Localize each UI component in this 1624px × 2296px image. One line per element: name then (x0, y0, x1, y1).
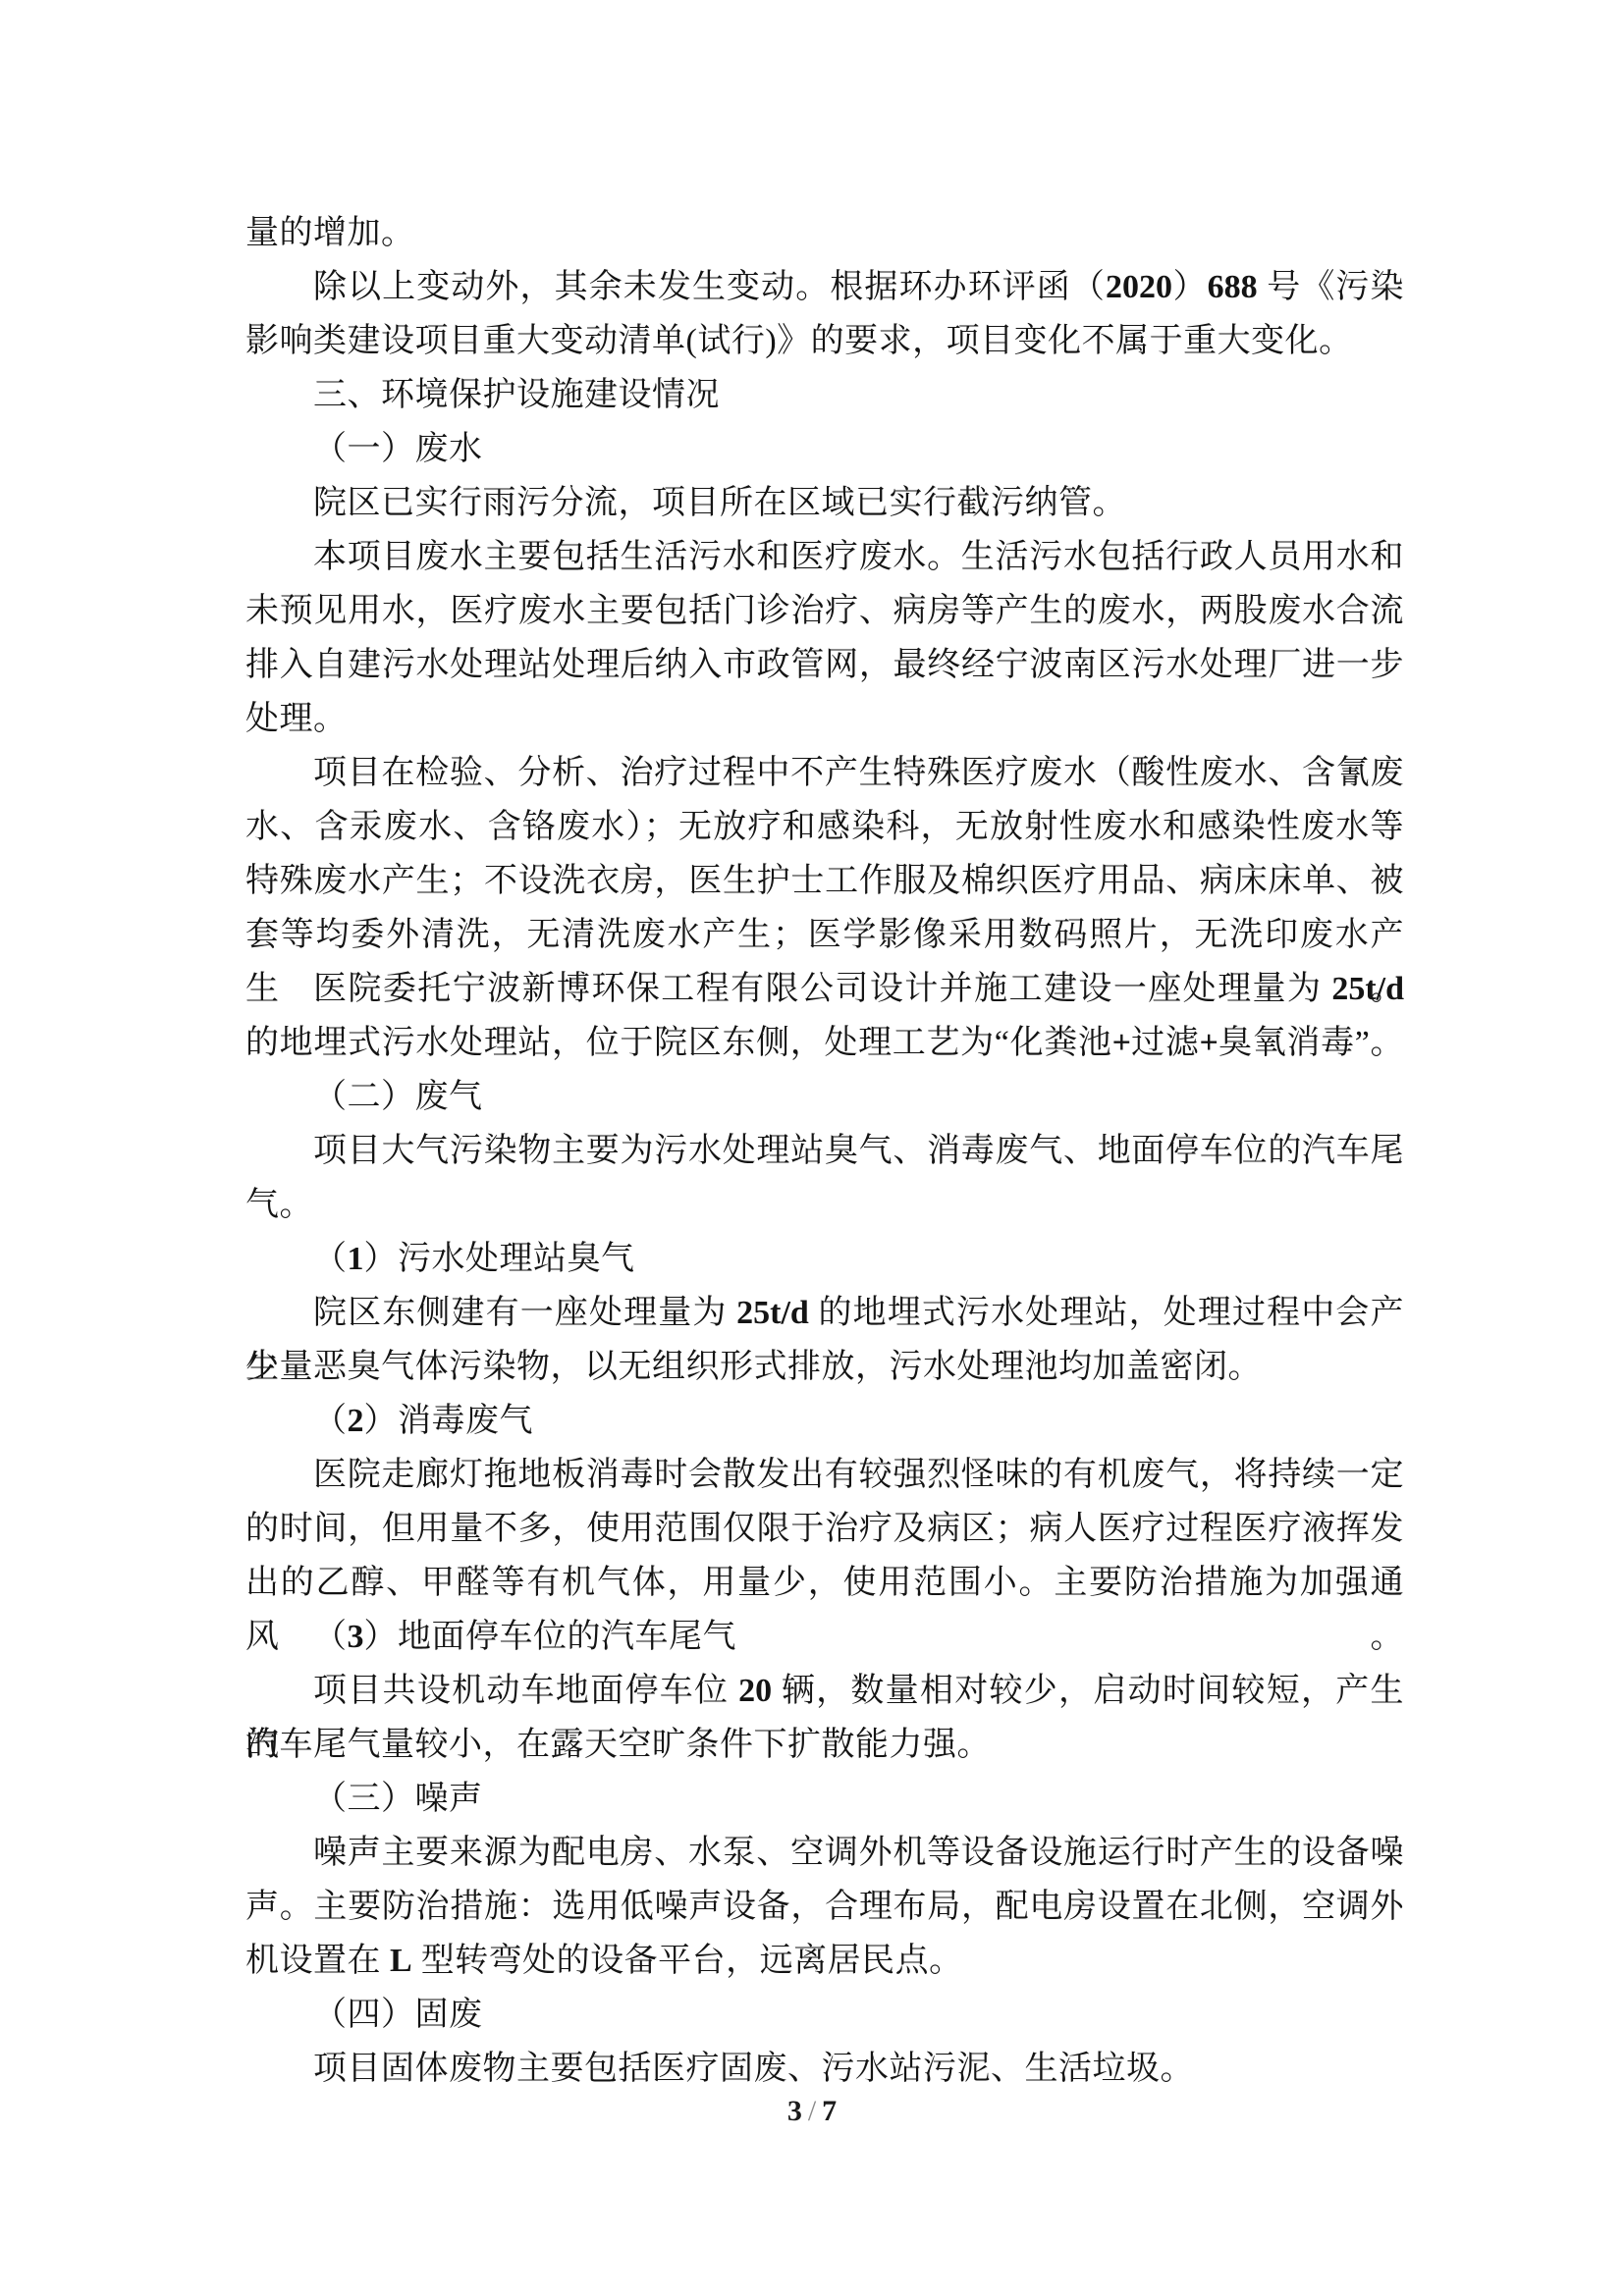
text-line: （四）固废 (245, 1988, 1404, 2042)
text-line: 出的乙醇、甲醛等有机气体，用量少，使用范围小。主要防治措施为加强通风。 (245, 1556, 1404, 1610)
page-footer: 3/7 (0, 2091, 1624, 2132)
text-line: （三）噪声 (245, 1772, 1404, 1826)
text-line: 量的增加。 (245, 206, 1404, 260)
page-number-total: 7 (822, 2095, 837, 2127)
text-line: 机设置在 L 型转弯处的设备平台，远离居民点。 (245, 1934, 1404, 1988)
text-line: 排入自建污水处理站处理后纳入市政管网，最终经宁波南区污水处理厂进一步 (245, 638, 1404, 692)
text-line: 声。主要防治措施：选用低噪声设备，合理布局，配电房设置在北侧，空调外 (245, 1880, 1404, 1934)
document-page: 量的增加。除以上变动外，其余未发生变动。根据环办环评函（2020）688 号《污… (0, 0, 1624, 2296)
text-line: 的时间，但用量不多，使用范围仅限于治疗及病区；病人医疗过程医疗液挥发 (245, 1502, 1404, 1556)
text-line: 医院委托宁波新博环保工程有限公司设计并施工建设一座处理量为 25t/d (245, 962, 1404, 1016)
document-body: 量的增加。除以上变动外，其余未发生变动。根据环办环评函（2020）688 号《污… (245, 206, 1404, 2096)
page-number-current: 3 (787, 2095, 802, 2127)
text-line: 特殊废水产生；不设洗衣房，医生护士工作服及棉织医疗用品、病床床单、被 (245, 854, 1404, 908)
text-line: （1）污水处理站臭气 (245, 1232, 1404, 1286)
text-line: 处理。 (245, 692, 1404, 746)
text-line: 少量恶臭气体污染物，以无组织形式排放，污水处理池均加盖密闭。 (245, 1340, 1404, 1394)
text-line: 项目大气污染物主要为污水处理站臭气、消毒废气、地面停车位的汽车尾 (245, 1124, 1404, 1178)
text-line: 水、含汞废水、含铬废水）；无放疗和感染科，无放射性废水和感染性废水等 (245, 800, 1404, 854)
text-line: 未预见用水，医疗废水主要包括门诊治疗、病房等产生的废水，两股废水合流 (245, 584, 1404, 638)
text-line: 除以上变动外，其余未发生变动。根据环办环评函（2020）688 号《污染 (245, 260, 1404, 314)
text-line: 医院走廊灯拖地板消毒时会散发出有较强烈怪味的有机废气，将持续一定 (245, 1448, 1404, 1502)
text-line: 项目共设机动车地面停车位 20 辆，数量相对较少，启动时间较短，产生的 (245, 1664, 1404, 1718)
text-line: 套等均委外清洗，无清洗废水产生；医学影像采用数码照片，无洗印废水产生。 (245, 908, 1404, 962)
text-line: 本项目废水主要包括生活污水和医疗废水。生活污水包括行政人员用水和 (245, 530, 1404, 584)
text-line: 噪声主要来源为配电房、水泵、空调外机等设备设施运行时产生的设备噪 (245, 1826, 1404, 1880)
text-line: 院区已实行雨污分流，项目所在区域已实行截污纳管。 (245, 476, 1404, 530)
text-line: 院区东侧建有一座处理量为 25t/d 的地埋式污水处理站，处理过程中会产生 (245, 1286, 1404, 1340)
text-line: 汽车尾气量较小，在露天空旷条件下扩散能力强。 (245, 1718, 1404, 1772)
page-number-separator: / (802, 2095, 822, 2127)
text-line: 的地埋式污水处理站，位于院区东侧，处理工艺为“化粪池+过滤+臭氧消毒”。 (245, 1016, 1404, 1070)
text-line: 气。 (245, 1178, 1404, 1232)
text-line: 影响类建设项目重大变动清单(试行)》的要求，项目变化不属于重大变化。 (245, 314, 1404, 368)
text-line: 项目在检验、分析、治疗过程中不产生特殊医疗废水（酸性废水、含氰废 (245, 746, 1404, 800)
text-line: 三、环境保护设施建设情况 (245, 368, 1404, 422)
text-line: （一）废水 (245, 422, 1404, 476)
text-line: （二）废气 (245, 1070, 1404, 1124)
text-line: 项目固体废物主要包括医疗固废、污水站污泥、生活垃圾。 (245, 2042, 1404, 2096)
text-line: （2）消毒废气 (245, 1394, 1404, 1448)
